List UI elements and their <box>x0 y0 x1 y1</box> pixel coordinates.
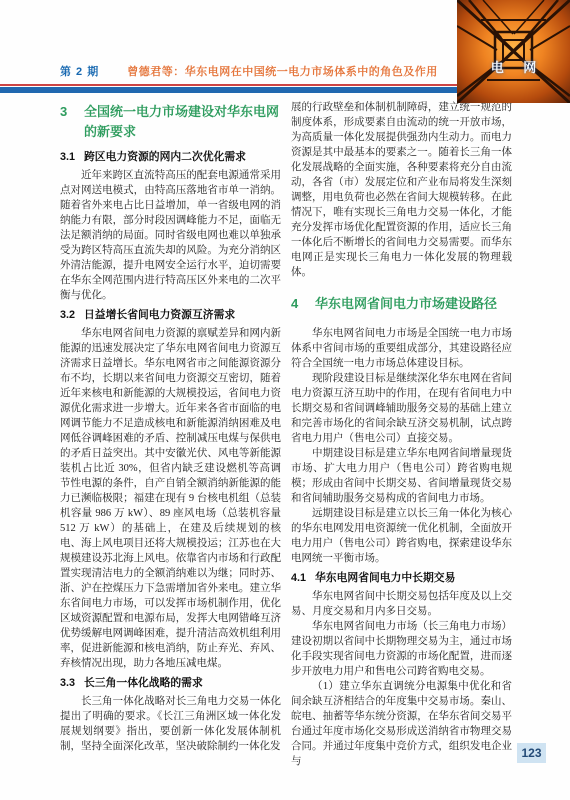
section-3-number: 3 <box>60 102 84 142</box>
section-4-heading: 4 华东电网省间电力市场建设路径 <box>291 294 512 314</box>
section-3-title: 全国统一电力市场建设对华东电网的新要求 <box>84 102 281 142</box>
subsection-3-2-title: 日益增长省间电力资源互济需求 <box>84 308 235 323</box>
paragraph-4-1-c: （1）建立华东直调统分电源集中优化和省间余缺互济相结合的年度集中交易市场。秦山、… <box>291 679 512 769</box>
paragraph-3-3-continued: 展的行政壁垒和体制机制障碍，建立统一规范的制度体系，形成要素自由流动的统一开放市… <box>291 100 512 280</box>
paragraph-3-2: 华东电网省间电力资源的禀赋差异和网内新能源的迅速发展决定了华东电网省间电力资源互… <box>60 326 281 671</box>
subsection-4-1-title: 华东电网省间电力中长期交易 <box>315 571 455 586</box>
photo-caption: 电 网 <box>457 57 570 76</box>
article-body: 3 全国统一电力市场建设对华东电网的新要求 3.1 跨区电力资源的网内二次优化需… <box>60 100 512 769</box>
subsection-3-2-number: 3.2 <box>60 308 75 323</box>
left-column: 3 全国统一电力市场建设对华东电网的新要求 3.1 跨区电力资源的网内二次优化需… <box>60 100 281 769</box>
section-3-heading: 3 全国统一电力市场建设对华东电网的新要求 <box>60 102 281 142</box>
subsection-3-3-number: 3.3 <box>60 676 75 691</box>
paragraph-4-1-a: 华东电网省间中长期交易包括年度及以上交易、月度交易和月内多日交易。 <box>291 589 512 619</box>
paragraph-4-a: 华东电网省间电力市场是全国统一电力市场体系中省间市场的重要组成部分，其建设路径应… <box>291 326 512 371</box>
paragraph-3-1: 近年来跨区直流特高压的配套电源通常采用点对网送电模式，由特高压落地省市单一消纳。… <box>60 168 281 303</box>
right-column: 展的行政壁垒和体制机制障碍，建立统一规范的制度体系，形成要素自由流动的统一开放市… <box>291 100 512 769</box>
running-title: 曾德君等：华东电网在中国统一电力市场体系中的角色及作用 <box>110 63 455 81</box>
paragraph-4-c: 中期建设目标是建立华东电网省间增量现货市场、扩大电力用户（售电公司）跨省购电规模… <box>291 446 512 506</box>
issue-label: 第 2 期 <box>60 63 99 81</box>
subsection-3-2-heading: 3.2 日益增长省间电力资源互济需求 <box>60 308 281 323</box>
power-grid-photo: 电 网 <box>457 0 570 103</box>
page-header: 第 2 期 曾德君等：华东电网在中国统一电力市场体系中的角色及作用 <box>0 63 455 81</box>
section-4-title: 华东电网省间电力市场建设路径 <box>315 294 497 314</box>
paragraph-4-b: 现阶段建设目标是继续深化华东电网在省间电力资源互济互助中的作用，在现有省间电力中… <box>291 371 512 446</box>
subsection-4-1-heading: 4.1 华东电网省间电力中长期交易 <box>291 571 512 586</box>
tower-photo-graphic <box>457 0 570 103</box>
paragraph-3-3: 长三角一体化战略对长三角电力交易一体化提出了明确的要求。《长江三角洲区域一体化发… <box>60 694 281 754</box>
section-4-number: 4 <box>291 294 315 314</box>
subsection-4-1-number: 4.1 <box>291 571 306 586</box>
journal-page: 第 2 期 曾德君等：华东电网在中国统一电力市场体系中的角色及作用 <box>0 0 570 800</box>
subsection-3-1-heading: 3.1 跨区电力资源的网内二次优化需求 <box>60 150 281 165</box>
subsection-3-3-heading: 3.3 长三角一体化战略的需求 <box>60 676 281 691</box>
paragraph-4-d: 远期建设目标是建立以长三角一体化为核心的华东电网发用电资源统一优化机制，全面放开… <box>291 506 512 566</box>
page-number: 123 <box>517 743 546 763</box>
subsection-3-3-title: 长三角一体化战略的需求 <box>84 676 203 691</box>
subsection-3-1-title: 跨区电力资源的网内二次优化需求 <box>84 150 246 165</box>
paragraph-4-1-b: 华东电网省间电力市场（长三角电力市场）建设初期以省间中长期物理交易为主，通过市场… <box>291 619 512 679</box>
subsection-3-1-number: 3.1 <box>60 150 75 165</box>
